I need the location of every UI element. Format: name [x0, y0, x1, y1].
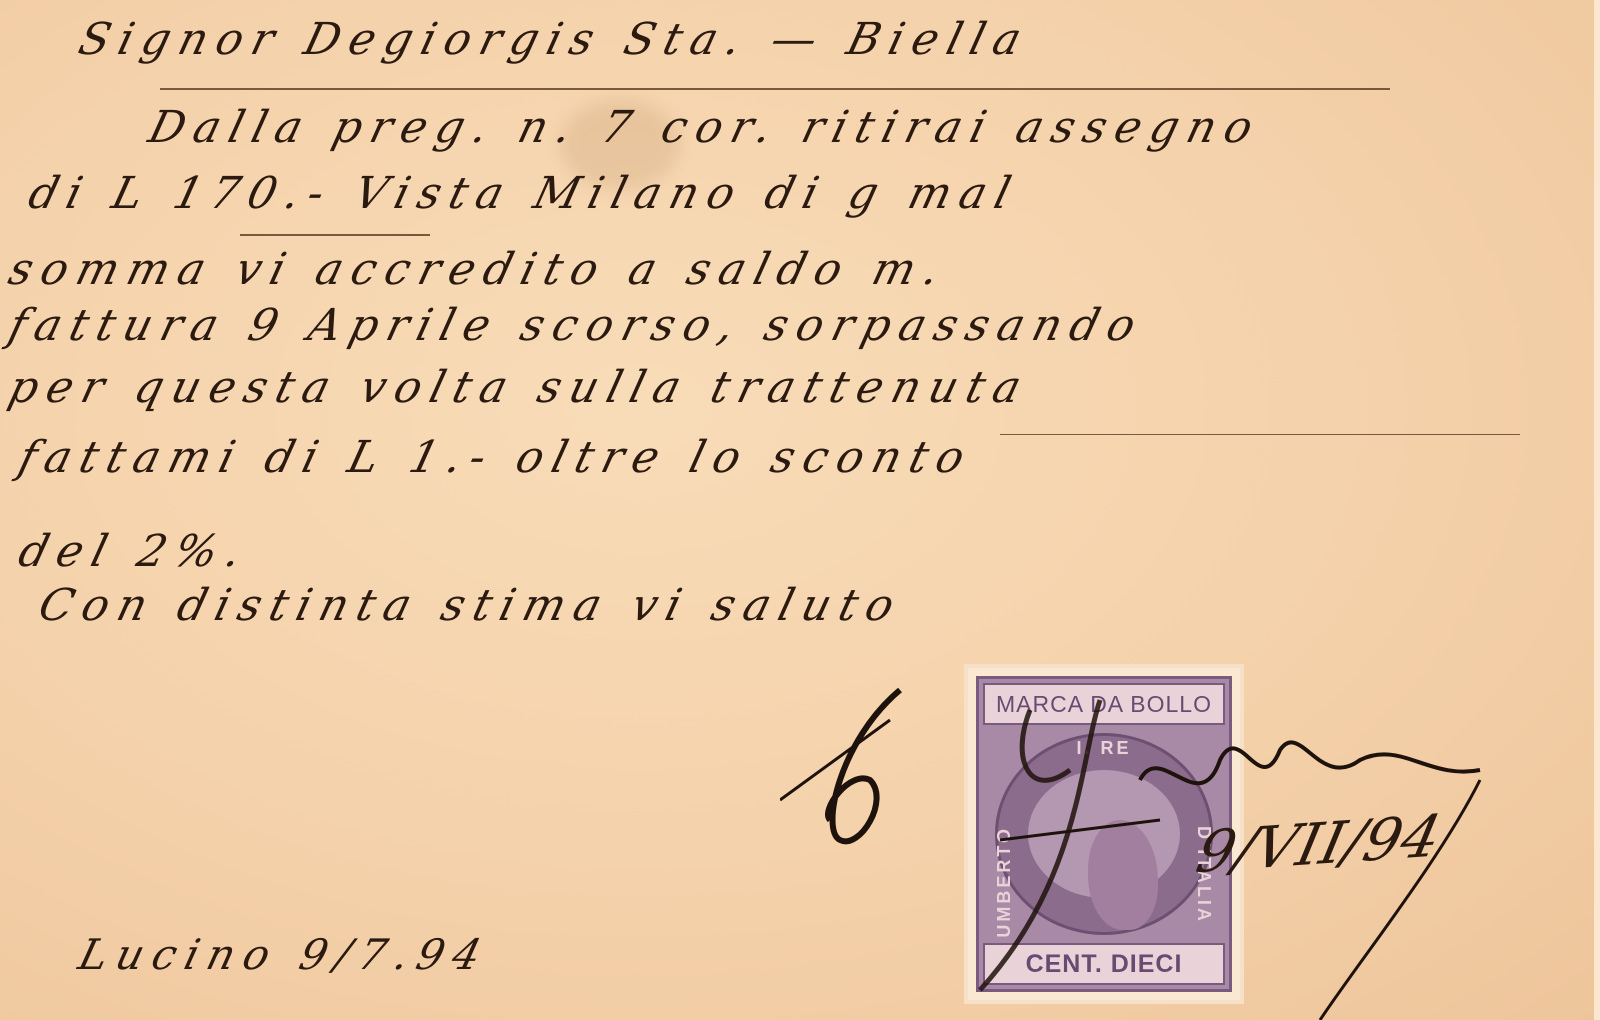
body-line-5: per questa volta sulla trattenuta: [4, 362, 1036, 413]
body-line-6: fattami di L 1.- oltre lo sconto: [14, 432, 979, 483]
body-line-7: del 2%.: [14, 526, 256, 577]
closing-line: Con distinta stima vi saluto: [34, 580, 909, 631]
addressee-line: Signor Degiorgis Sta. — Biella: [74, 14, 1036, 65]
place-date: Lucino 9/7.94: [74, 930, 495, 979]
postcard: Signor Degiorgis Sta. — Biella Dalla pre…: [0, 0, 1600, 1020]
body-line-2: di L 170.- Vista Milano di g mal: [24, 168, 1025, 219]
body-line-4: fattura 9 Aprile scorso, sorpassando: [4, 300, 1150, 351]
body-line-3: somma vi accredito a saldo m.: [4, 244, 954, 295]
closing-rule: [1000, 434, 1520, 435]
addressee-underline: [160, 88, 1390, 90]
amount-underline: [240, 234, 430, 236]
body-line-1: Dalla preg. n. 7 cor. ritirai assegno: [144, 102, 1267, 153]
